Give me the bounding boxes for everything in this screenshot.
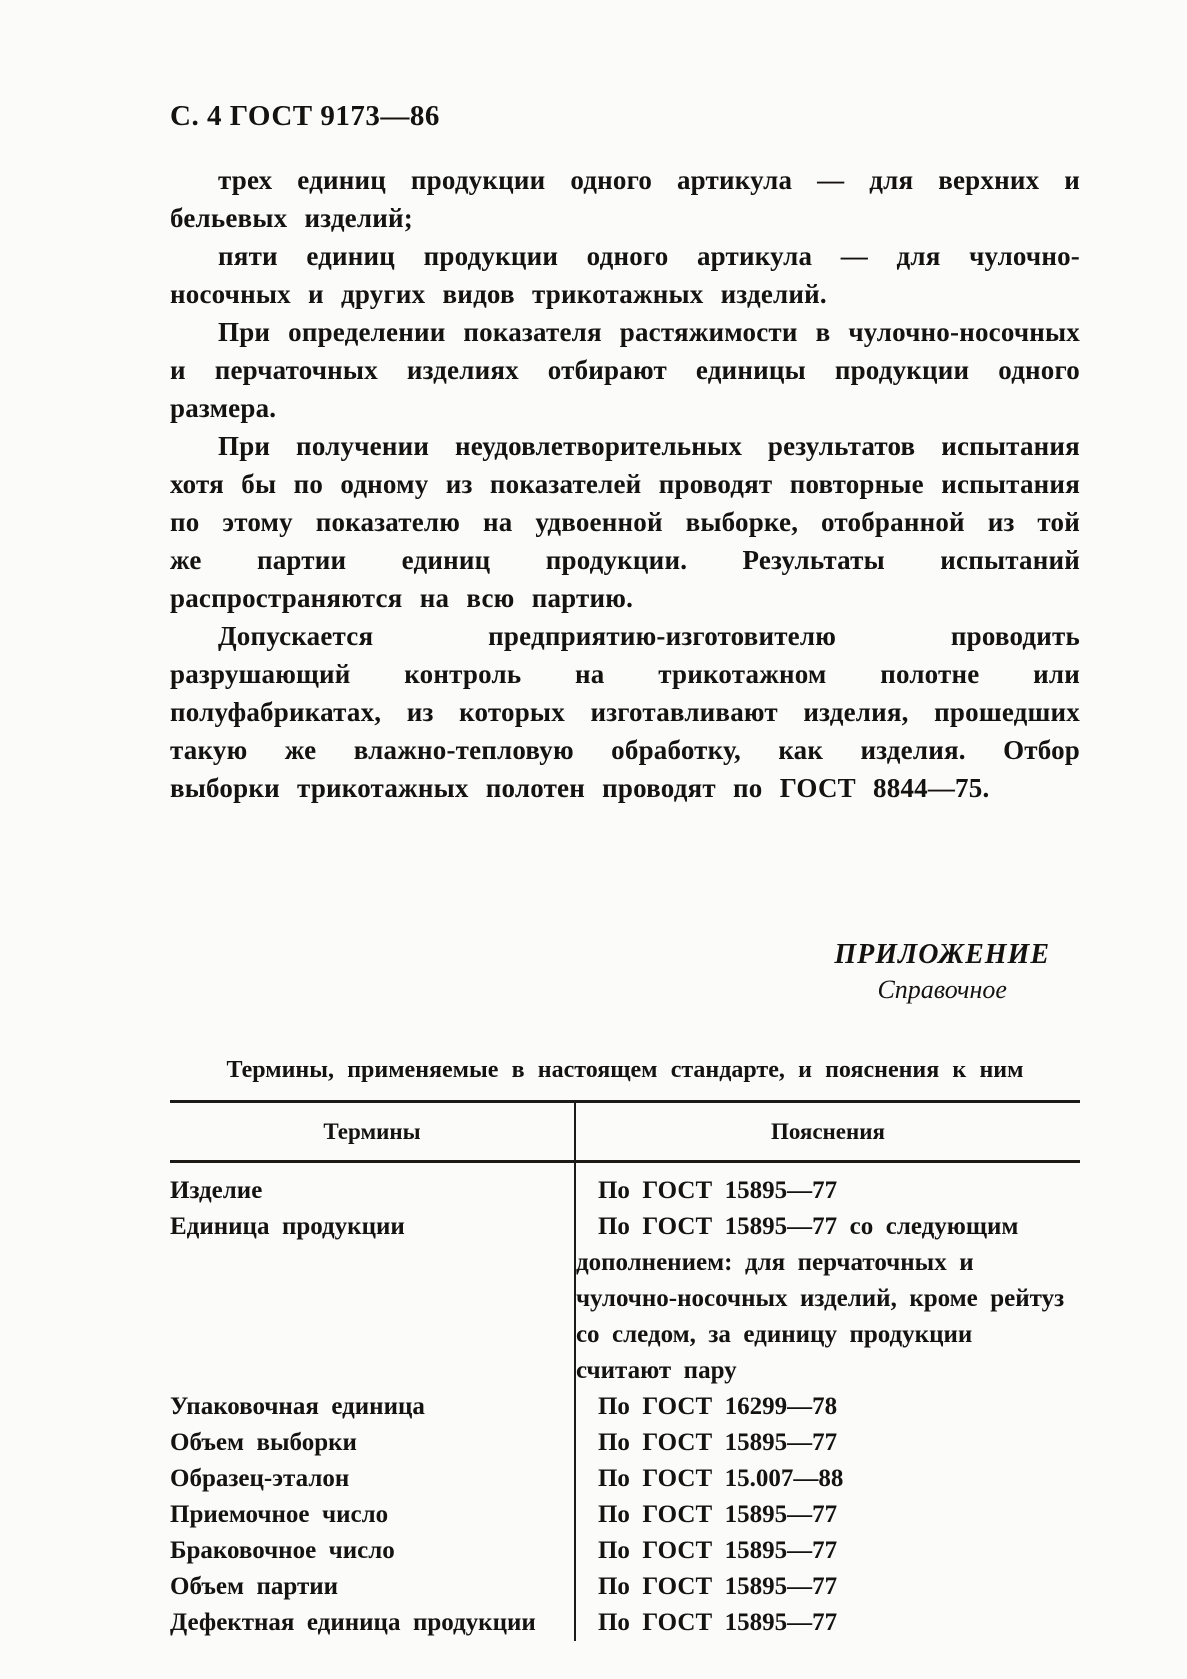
column-header-terms: Термины bbox=[170, 1102, 575, 1162]
header-row: Термины Пояснения bbox=[170, 1102, 1080, 1162]
page-header: С. 4 ГОСТ 9173—86 bbox=[170, 100, 1080, 133]
table-row: Единица продукции По ГОСТ 15895—77 со сл… bbox=[170, 1209, 1080, 1389]
appendix-subtitle: Справочное bbox=[834, 975, 1050, 1005]
column-header-explanations: Пояснения bbox=[575, 1102, 1080, 1162]
terms-table-body: Изделие По ГОСТ 15895—77 Единица продукц… bbox=[170, 1162, 1080, 1642]
explanation-cell: По ГОСТ 15895—77 bbox=[575, 1425, 1080, 1461]
explanation-cell: По ГОСТ 15895—77 со следующим дополнение… bbox=[575, 1209, 1080, 1389]
terms-table-head: Термины Пояснения bbox=[170, 1102, 1080, 1162]
explanation-cell: По ГОСТ 15895—77 bbox=[575, 1533, 1080, 1569]
table-row: Упаковочная единица По ГОСТ 16299—78 bbox=[170, 1389, 1080, 1425]
body-paragraph: При получении неудовлетворительных резул… bbox=[170, 427, 1080, 617]
body-paragraph: трех единиц продукции одного артикула — … bbox=[170, 161, 1080, 237]
term-cell: Дефектная единица продукции bbox=[170, 1605, 575, 1641]
terms-table: Термины Пояснения Изделие По ГОСТ 15895—… bbox=[170, 1100, 1080, 1641]
table-row: Объем выборки По ГОСТ 15895—77 bbox=[170, 1425, 1080, 1461]
term-cell: Изделие bbox=[170, 1162, 575, 1210]
explanation-cell: По ГОСТ 15895—77 bbox=[575, 1497, 1080, 1533]
term-cell: Единица продукции bbox=[170, 1209, 575, 1389]
terms-table-title: Термины, применяемые в настоящем стандар… bbox=[170, 1057, 1080, 1084]
table-row: Браковочное число По ГОСТ 15895—77 bbox=[170, 1533, 1080, 1569]
table-row: Приемочное число По ГОСТ 15895—77 bbox=[170, 1497, 1080, 1533]
explanation-cell: По ГОСТ 15.007—88 bbox=[575, 1461, 1080, 1497]
explanation-cell: По ГОСТ 15895—77 bbox=[575, 1605, 1080, 1641]
body-paragraph: При определении показателя растяжимости … bbox=[170, 313, 1080, 427]
body-paragraph: пяти единиц продукции одного артикула — … bbox=[170, 237, 1080, 313]
body-paragraph: Допускается предприятию-изготовителю про… bbox=[170, 617, 1080, 807]
table-row: Изделие По ГОСТ 15895—77 bbox=[170, 1162, 1080, 1210]
appendix-title: ПРИЛОЖЕНИЕ bbox=[834, 939, 1050, 971]
explanation-cell: По ГОСТ 15895—77 bbox=[575, 1162, 1080, 1210]
document-page: С. 4 ГОСТ 9173—86 трех единиц продукции … bbox=[0, 0, 1187, 1679]
explanation-cell: По ГОСТ 15895—77 bbox=[575, 1569, 1080, 1605]
table-row: Дефектная единица продукции По ГОСТ 1589… bbox=[170, 1605, 1080, 1641]
term-cell: Объем партии bbox=[170, 1569, 575, 1605]
term-cell: Браковочное число bbox=[170, 1533, 575, 1569]
term-cell: Упаковочная единица bbox=[170, 1389, 575, 1425]
body-text: трех единиц продукции одного артикула — … bbox=[170, 161, 1080, 807]
appendix-block: ПРИЛОЖЕНИЕ Справочное bbox=[170, 939, 1080, 1005]
appendix-inner: ПРИЛОЖЕНИЕ Справочное bbox=[834, 939, 1050, 1005]
term-cell: Образец-эталон bbox=[170, 1461, 575, 1497]
table-row: Объем партии По ГОСТ 15895—77 bbox=[170, 1569, 1080, 1605]
term-cell: Приемочное число bbox=[170, 1497, 575, 1533]
term-cell: Объем выборки bbox=[170, 1425, 575, 1461]
explanation-cell: По ГОСТ 16299—78 bbox=[575, 1389, 1080, 1425]
table-row: Образец-эталон По ГОСТ 15.007—88 bbox=[170, 1461, 1080, 1497]
